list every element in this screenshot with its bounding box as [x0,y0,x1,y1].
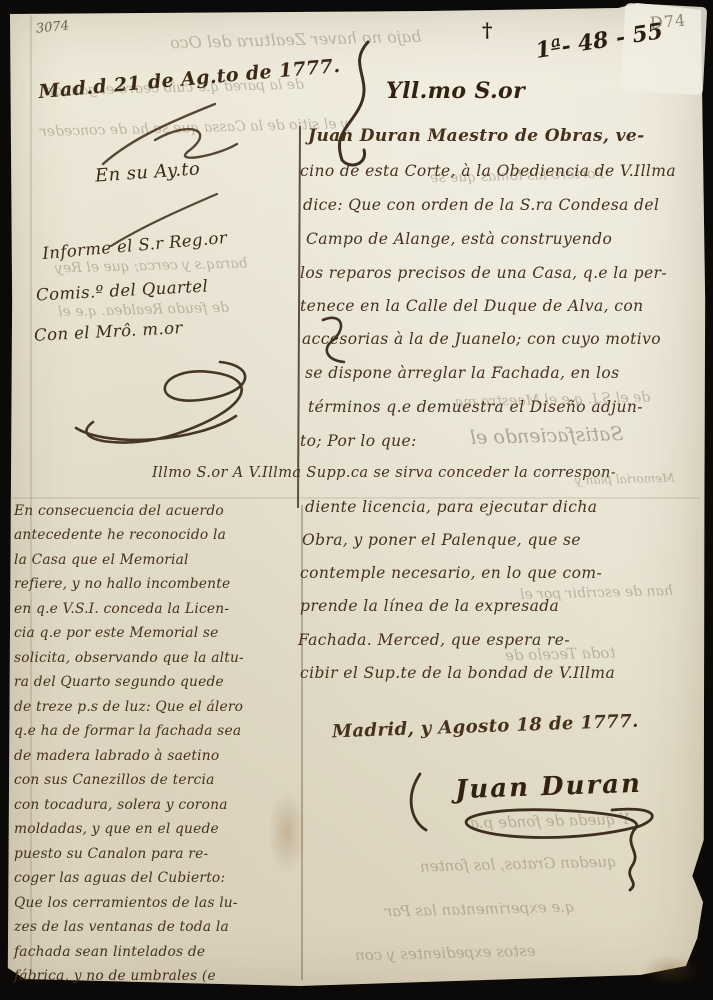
petition-line: los reparos precisos de una Casa, q.e la… [300,264,667,282]
petition-line: Illmo S.or A V.Illma Supp.ca se sirva co… [152,465,616,481]
petition-line: diente licencia, para ejecutar dicha [305,498,597,516]
report-line: coger las aguas del Cubierto: [14,870,225,886]
petition-line: Fachada. Merced, que espera re- [298,631,570,649]
report-line: antecedente he reconocido la [14,527,226,543]
docket-rubric-flourish [58,350,273,455]
report-line: de madera labrado à saetino [14,748,219,764]
petition-line: Juan Duran Maestro de Obras, ve- [308,126,645,146]
petition-line: prende la línea de la expresada [300,597,559,615]
petition-line: accesorias à la de Juanelo; con cuyo mot… [302,330,661,348]
petition-line: dice: Que con orden de la S.ra Condesa d… [303,196,659,214]
petition-line: contemple necesario, en lo que com- [300,564,602,582]
report-line: solicita, observando que la altu- [14,650,244,666]
ghost-text-line: Satisfaciendo el [470,423,624,449]
invocation-cross: † [482,18,492,42]
petition-line: cino de esta Corte, à la Obediencia de V… [300,162,676,180]
report-line: de treze p.s de luz: Que el álero [14,699,243,715]
petition-line: to; Por lo que: [300,432,417,450]
report-line: con sus Canezillos de tercia [14,772,215,788]
report-line: fábrica, y no de umbrales (e [14,968,216,984]
petition-line: tenece en la Calle del Duque de Alva, co… [300,297,643,315]
report-line: q.e ha de formar la fachada sea [14,723,241,739]
petition-line: Obra, y poner el Palenque, que se [302,531,581,549]
report-line: zes de las ventanas de toda la [14,919,229,935]
photo-frame: bajo no haver Zealtura del Oco de la par… [0,0,713,1000]
petition-line: se dispone àrreglar la Fachada, en los [305,364,619,382]
report-line: moldadas, y que en el quede [14,821,219,837]
petition-salutation: Yll.mo S.or [386,78,525,104]
report-line: con tocadura, solera y corona [14,797,228,813]
petition-line: cibir el Sup.te de la bondad de V.Illma [300,664,615,682]
report-line: En consecuencia del acuerdo [14,503,224,519]
signature-rubric-flourish [402,770,672,895]
petition-line: términos q.e demuestra el Diseño adjun- [308,398,643,416]
report-line: cia q.e por este Memorial se [14,625,219,641]
report-line: fachada sean lintelados de [14,944,205,960]
report-line: refiere, y no hallo incombente [14,576,230,592]
opening-flourish [328,38,383,168]
report-line: en q.e V.S.I. conceda la Licen- [14,601,229,617]
report-line: la Casa que el Memorial [14,552,189,568]
report-line: Que los cerramientos de las lu- [14,895,238,911]
report-line: puesto su Canalon para re- [14,846,208,862]
petition-line: Campo de Alange, està construyendo [306,230,612,248]
report-line: ra del Quarto segundo quede [14,674,224,690]
